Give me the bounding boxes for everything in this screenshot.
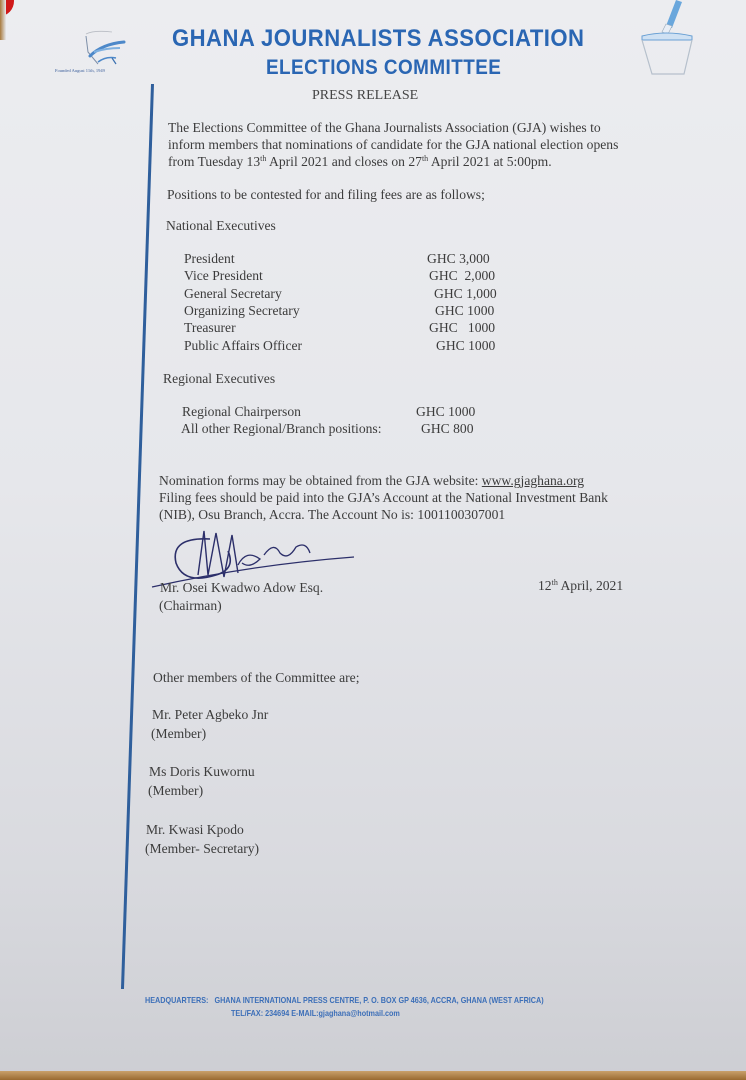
regional-heading: Regional Executives [163,370,275,387]
member-role: (Member- Secretary) [145,840,259,857]
gja-quill-logo-icon [72,26,142,74]
filing-fee: GHC 1000 [436,337,495,354]
filing-fee: GHC 2,000 [429,267,495,284]
intro-line: The Elections Committee of the Ghana Jou… [168,119,618,136]
release-date: 12th April, 2021 [538,577,623,594]
website-link[interactable]: www.gjaghana.org [482,473,584,488]
logo-caption: Founded August 11th, 1949 [55,68,105,73]
filing-fee: GHC 800 [421,420,474,437]
filing-fee: GHC 1,000 [434,285,497,302]
filing-fee: GHC 1000 [416,403,475,420]
member-name: Mr. Peter Agbeko Jnr [152,706,268,723]
member-name: Mr. Kwasi Kpodo [146,821,244,838]
table-edge [0,0,6,40]
position-name: General Secretary [184,285,282,302]
member-role: (Member) [148,782,203,799]
footer-contact: TEL/FAX: 234694 E-MAIL:gjaghana@hotmail.… [231,1008,400,1018]
intro-line: inform members that nominations of candi… [168,136,618,153]
signatory-name: Mr. Osei Kwadwo Adow Esq. [160,579,323,596]
position-name: All other Regional/Branch positions: [181,420,381,437]
position-name: Organizing Secretary [184,302,300,319]
position-name: Regional Chairperson [182,403,301,420]
positions-intro: Positions to be contested for and filing… [167,186,485,203]
table-edge [0,1071,746,1080]
position-name: Treasurer [184,319,236,336]
filing-fee: GHC 3,000 [427,250,490,267]
signatory-title: (Chairman) [159,597,222,614]
national-heading: National Executives [166,217,276,234]
filing-fee: GHC 1000 [435,302,494,319]
intro-paragraph: The Elections Committee of the Ghana Jou… [168,119,618,170]
position-name: President [184,250,235,267]
members-heading: Other members of the Committee are; [153,669,359,686]
position-name: Public Affairs Officer [184,337,302,354]
nomination-paragraph: Nomination forms may be obtained from th… [159,472,608,523]
footer-address: HEADQUARTERS: GHANA INTERNATIONAL PRESS … [145,995,544,1005]
footer-label: HEADQUARTERS: [145,995,208,1005]
filing-fee: GHC 1000 [429,319,495,336]
org-name: GHANA JOURNALISTS ASSOCIATION [172,25,584,53]
member-name: Ms Doris Kuwornu [149,763,255,780]
position-name: Vice President [184,267,263,284]
member-role: (Member) [151,725,206,742]
intro-line: from Tuesday 13th April 2021 and closes … [168,153,618,170]
doc-type: PRESS RELEASE [312,88,418,104]
committee-name: ELECTIONS COMMITTEE [266,56,501,80]
ballot-box-icon [636,0,706,80]
